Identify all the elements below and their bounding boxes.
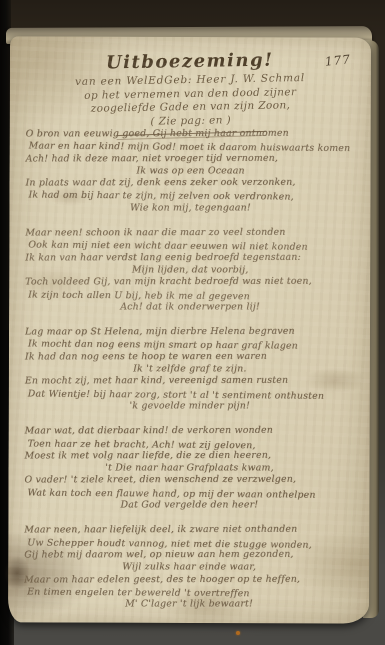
poem-line: Ach! dat ik onderwerpen lij! xyxy=(25,301,355,313)
poem-line: Maar neen, haar liefelijk deel, ik zware… xyxy=(24,524,354,537)
stanza-3: Lag maar op St Helena, mijn dierbre Hele… xyxy=(25,327,355,414)
stanza-2: Maar neen! schoon ik naar die maar zo ve… xyxy=(25,228,355,315)
poem-line: Maar neen! schoon ik naar die maar zo ve… xyxy=(25,227,355,240)
poem-line: O vader! 't ziele kreet, dien wenschend … xyxy=(24,474,354,487)
poem-line: Toch voldeed Gij, van mijn kracht bedroe… xyxy=(25,276,355,289)
poem-line: Ach! had ik deze maar, niet vroeger tijd… xyxy=(26,152,356,165)
poem-line: En mocht zij, met haar kind, vereenigd s… xyxy=(25,375,355,388)
poem-line: M' C'lager 't lijk bewaart! xyxy=(24,599,354,611)
stanza-4: Maar wat, dat dierbaar kind! de verkoren… xyxy=(24,426,354,513)
poem-body: O bron van eeuwig goed, Gij hebt mij haa… xyxy=(24,128,356,625)
poem-line: Maar om haar edelen geest, des te hooger… xyxy=(24,573,354,586)
scanned-manuscript-photo: 177 Uitboezeming! van een WelEdGeb: Heer… xyxy=(0,0,385,645)
poem-line: Ik had dan nog eens te hoop te waren een… xyxy=(25,350,355,363)
poem-line: 'k gevoelde minder pijn! xyxy=(25,400,355,412)
manuscript-page: 177 Uitboezeming! van een WelEdGeb: Heer… xyxy=(8,36,371,623)
poem-line: Gij hebt mij daarom wel, op nieuw aan he… xyxy=(24,548,354,561)
stanza-1: O bron van eeuwig goed, Gij hebt mij haa… xyxy=(25,128,355,215)
poem-line: In plaats waar dat zij, denk eens zeker … xyxy=(25,177,355,190)
poem-line: Wie kon mij, tegengaan! xyxy=(25,202,355,214)
debris-speck xyxy=(236,631,240,635)
poem-line: O bron van eeuwig goed, Gij hebt mij haa… xyxy=(26,128,356,141)
poem-line: Dat God vergelde den heer! xyxy=(24,499,354,511)
poem-line: Ik kan van haar verdst lang eenig bedroe… xyxy=(25,251,355,264)
poem-line: Wijl zulks haar einde waar, xyxy=(24,562,354,574)
poem-line: Lag maar op St Helena, mijn dierbre Hele… xyxy=(25,326,355,339)
stanza-5: Maar neen, haar liefelijk deel, ik zware… xyxy=(24,525,354,612)
poem-line: Maar wat, dat dierbaar kind! de verkoren… xyxy=(25,425,355,438)
poem-line: Moest ik met volg naar liefde, die ze di… xyxy=(25,449,355,462)
